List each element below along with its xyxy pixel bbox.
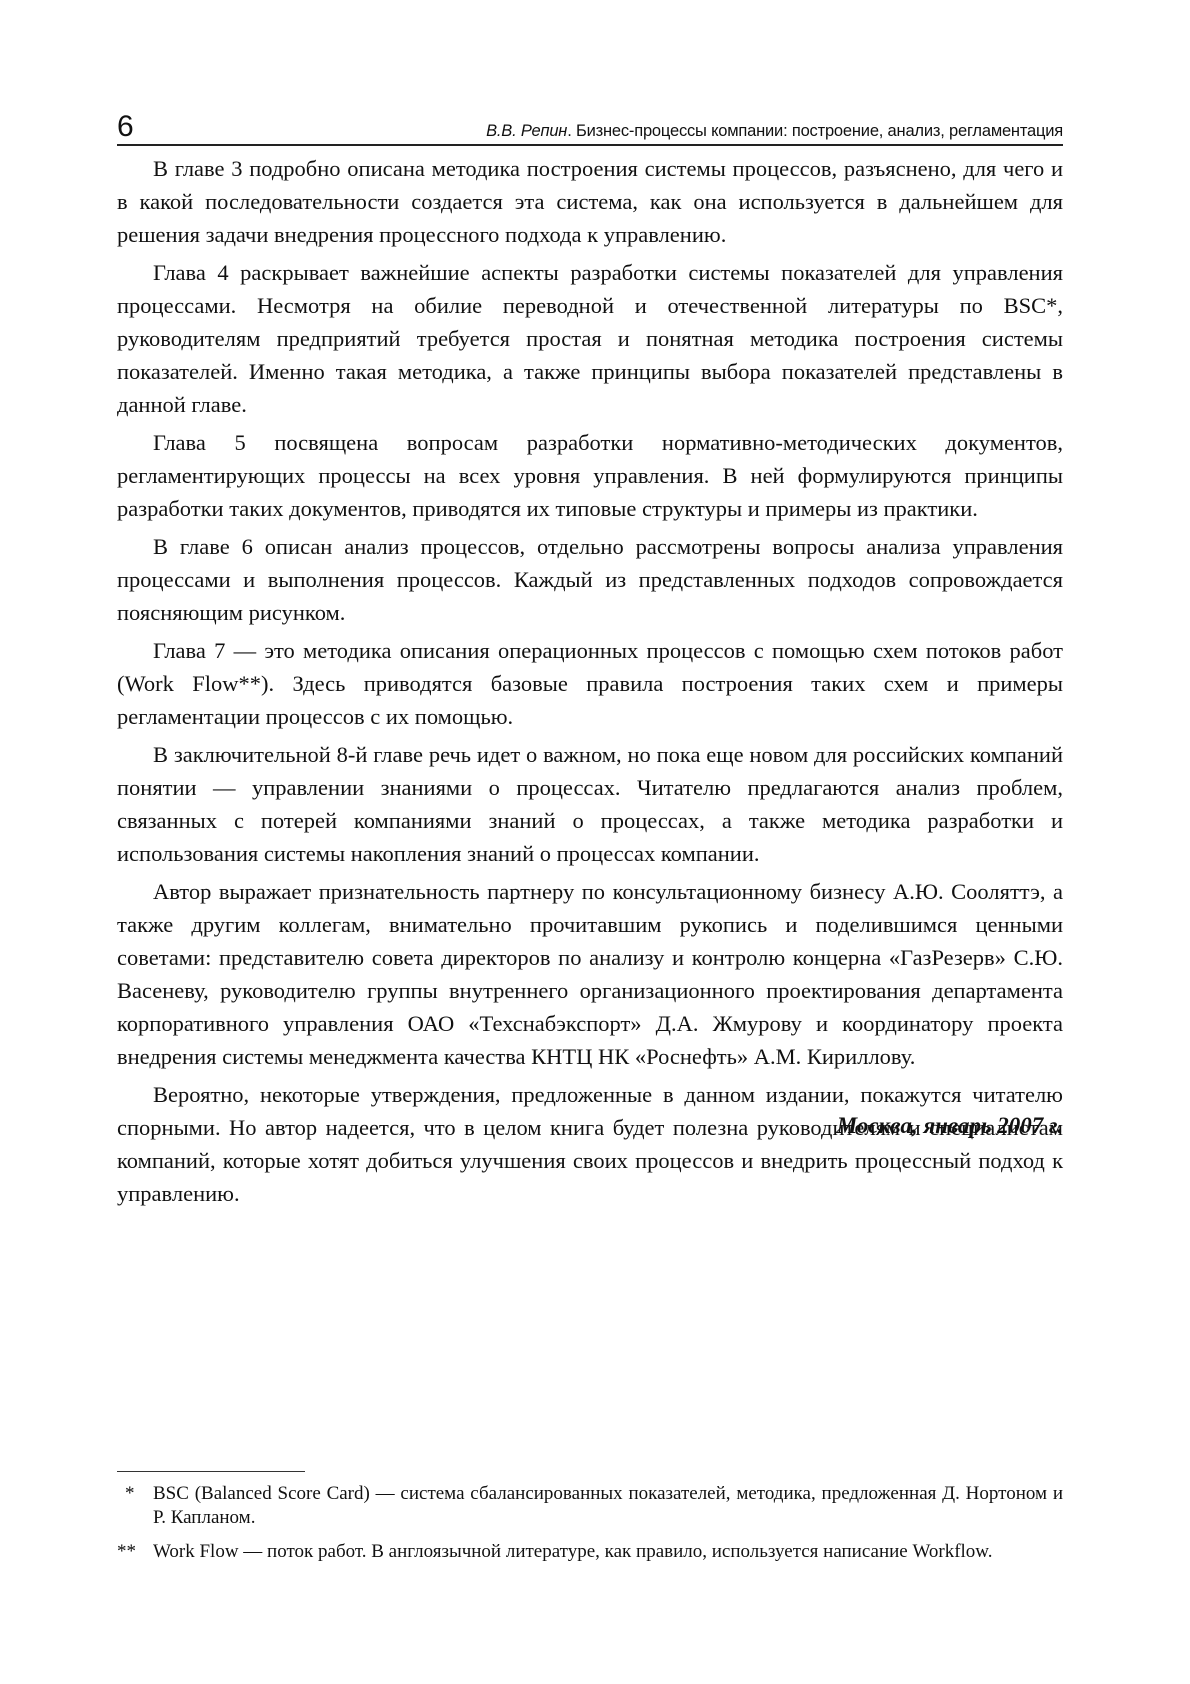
paragraph-acknowledgements: Автор выражает признательность партнеру …: [117, 875, 1063, 1073]
footnote-mark: **: [117, 1540, 153, 1564]
page-number: 6: [117, 112, 134, 142]
footnote-text: BSC (Balanced Score Card) — система сбал…: [153, 1483, 1063, 1528]
place-date-signature: Москва, январь 2007 г.: [837, 1113, 1063, 1139]
running-title-author: В.В. Репин: [486, 122, 567, 140]
running-title: В.В. Репин. Бизнес-процессы компании: по…: [486, 122, 1063, 141]
body-text: В главе 3 подробно описана методика пост…: [117, 152, 1063, 1215]
footnotes: * BSC (Balanced Score Card) — система сб…: [117, 1482, 1063, 1574]
running-header: 6 В.В. Репин. Бизнес-процессы компании: …: [117, 110, 1063, 146]
paragraph-chapter-5: Глава 5 посвящена вопросам разработки но…: [117, 426, 1063, 525]
footnote-bsc: * BSC (Balanced Score Card) — система сб…: [117, 1482, 1063, 1530]
footnote-mark: *: [125, 1482, 161, 1506]
paragraph-closing: Вероятно, некоторые утверждения, предлож…: [117, 1078, 1063, 1210]
running-title-book: . Бизнес-процессы компании: построение, …: [567, 122, 1063, 140]
paragraph-chapter-6: В главе 6 описан анализ процессов, отдел…: [117, 530, 1063, 629]
book-page: 6 В.В. Репин. Бизнес-процессы компании: …: [0, 0, 1190, 1684]
paragraph-chapter-4: Глава 4 раскрывает важнейшие аспекты раз…: [117, 256, 1063, 421]
paragraph-chapter-3: В главе 3 подробно описана методика пост…: [117, 152, 1063, 251]
footnote-text: Work Flow — поток работ. В англоязычной …: [153, 1541, 993, 1562]
paragraph-chapter-8: В заключительной 8-й главе речь идет о в…: [117, 738, 1063, 870]
paragraph-chapter-7: Глава 7 — это методика описания операцио…: [117, 634, 1063, 733]
footnote-divider: [117, 1471, 305, 1472]
footnote-workflow: ** Work Flow — поток работ. В англоязычн…: [117, 1540, 1063, 1564]
